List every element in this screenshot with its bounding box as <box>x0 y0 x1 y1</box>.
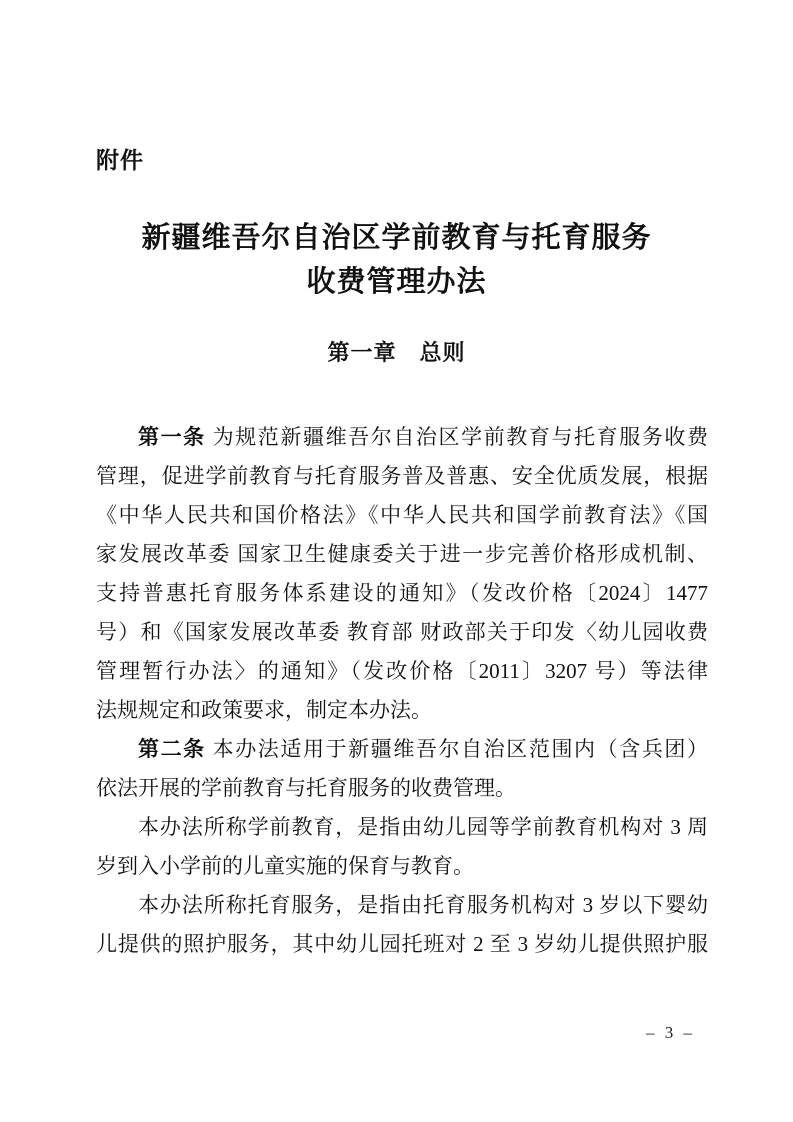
body-line: 儿提供的照护服务，其中幼儿园托班对 2 至 3 岁幼儿提供照护服 <box>96 925 708 964</box>
body-line: 管理暂行办法〉的通知》（发改价格〔2011〕3207 号）等法律 <box>96 652 708 691</box>
body-line-text: 管理暂行办法〉的通知》（发改价格〔2011〕3207 号）等法律 <box>96 659 708 683</box>
body-line-text: 《中华人民共和国价格法》《中华人民共和国学前教育法》《国 <box>96 503 708 527</box>
body-line: 号）和《国家发展改革委 教育部 财政部关于印发〈幼儿园收费 <box>96 613 708 652</box>
body-line: 本办法所称学前教育，是指由幼儿园等学前教育机构对 3 周 <box>96 808 708 847</box>
chapter-heading: 第一章 总则 <box>0 339 793 367</box>
document-title-line-1: 新疆维吾尔自治区学前教育与托育服务 <box>0 216 793 260</box>
body-line-text: 儿提供的照护服务，其中幼儿园托班对 2 至 3 岁幼儿提供照护服 <box>96 932 708 956</box>
attachment-label: 附件 <box>96 146 144 174</box>
body-line-text: 本办法适用于新疆维吾尔自治区范围内（含兵团） <box>206 737 708 761</box>
body-line: 第一条 为规范新疆维吾尔自治区学前教育与托育服务收费 <box>96 418 708 457</box>
article-number: 第一条 <box>138 426 206 449</box>
body-line: 《中华人民共和国价格法》《中华人民共和国学前教育法》《国 <box>96 496 708 535</box>
body-line: 本办法所称托育服务，是指由托育服务机构对 3 岁以下婴幼 <box>96 886 708 925</box>
body-line-text: 号）和《国家发展改革委 教育部 财政部关于印发〈幼儿园收费 <box>96 620 708 644</box>
body-line-text: 支持普惠托育服务体系建设的通知》（发改价格〔2024〕1477 <box>96 581 708 605</box>
body-line: 家发展改革委 国家卫生健康委关于进一步完善价格形成机制、 <box>96 535 708 574</box>
document-title: 新疆维吾尔自治区学前教育与托育服务 收费管理办法 <box>0 216 793 304</box>
body-line-text: 本办法所称托育服务，是指由托育服务机构对 3 岁以下婴幼 <box>138 893 708 917</box>
document-page: 附件 新疆维吾尔自治区学前教育与托育服务 收费管理办法 第一章 总则 第一条 为… <box>0 0 793 1122</box>
body-line: 法规规定和政策要求，制定本办法。 <box>96 691 708 730</box>
body-line: 支持普惠托育服务体系建设的通知》（发改价格〔2024〕1477 <box>96 574 708 613</box>
body-line: 第二条 本办法适用于新疆维吾尔自治区范围内（含兵团） <box>96 730 708 769</box>
body-line-text: 依法开展的学前教育与托育服务的收费管理。 <box>96 776 516 800</box>
article-number: 第二条 <box>138 738 206 761</box>
body-line: 岁到入小学前的儿童实施的保育与教育。 <box>96 847 708 886</box>
document-title-line-2: 收费管理办法 <box>0 260 793 304</box>
body-line-text: 为规范新疆维吾尔自治区学前教育与托育服务收费 <box>206 425 708 449</box>
page-number: – 3 – <box>646 1022 695 1044</box>
body-line-text: 法规规定和政策要求，制定本办法。 <box>96 698 432 722</box>
document-body: 第一条 为规范新疆维吾尔自治区学前教育与托育服务收费 管理，促进学前教育与托育服… <box>96 418 708 964</box>
body-line: 依法开展的学前教育与托育服务的收费管理。 <box>96 769 708 808</box>
body-line-text: 本办法所称学前教育，是指由幼儿园等学前教育机构对 3 周 <box>138 815 708 839</box>
body-line-text: 管理，促进学前教育与托育服务普及普惠、安全优质发展，根据 <box>96 464 708 488</box>
body-line-text: 岁到入小学前的儿童实施的保育与教育。 <box>96 854 474 878</box>
body-line-text: 家发展改革委 国家卫生健康委关于进一步完善价格形成机制、 <box>96 542 708 566</box>
body-line: 管理，促进学前教育与托育服务普及普惠、安全优质发展，根据 <box>96 457 708 496</box>
